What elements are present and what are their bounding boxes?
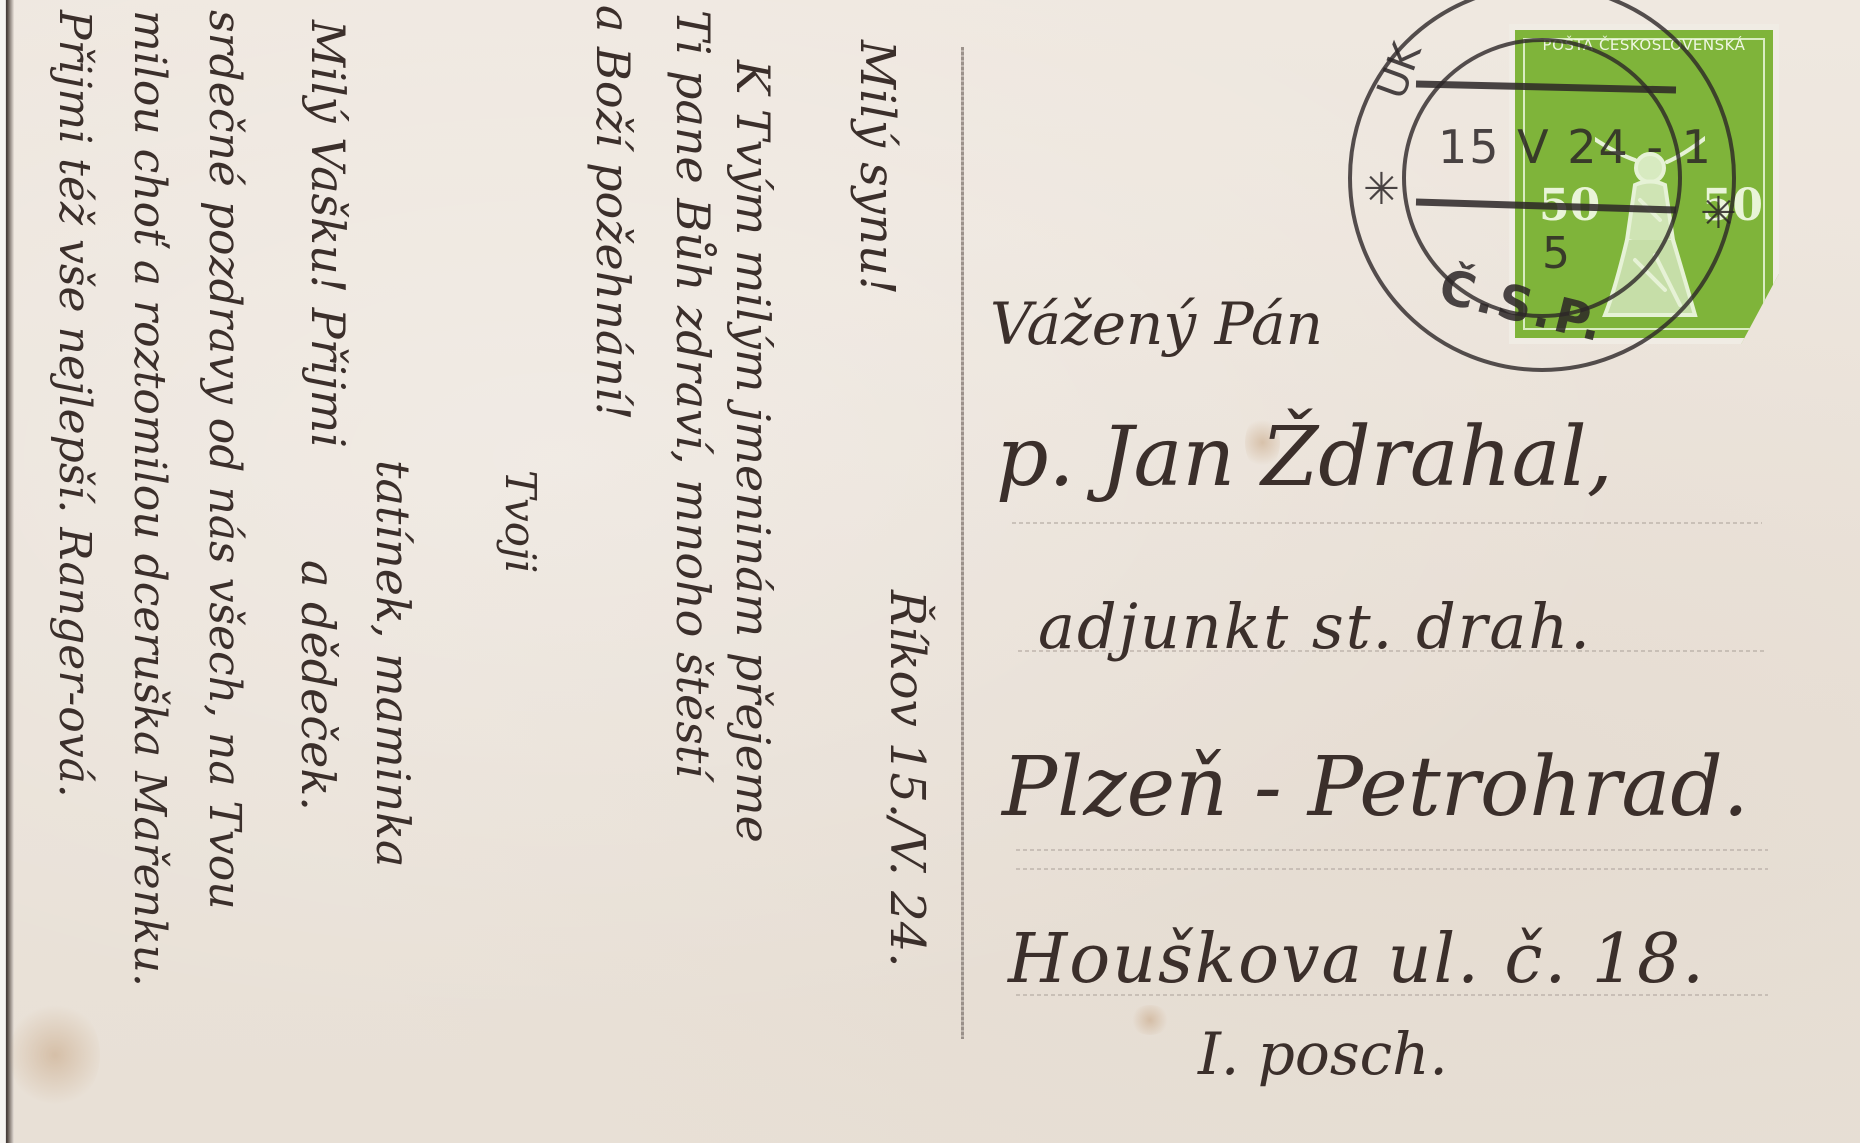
message-line: Ti pane Bůh zdraví, mnoho štěstí xyxy=(666,10,720,778)
message-line: milou choť a roztomilou dceruška Mařenku… xyxy=(124,10,175,987)
address-guide-line xyxy=(1016,868,1768,870)
message-place-date: Říkov 15./V. 24. xyxy=(879,590,935,967)
message-line: a dědeček. xyxy=(291,560,345,811)
postmark-top-text: UK xyxy=(1369,37,1431,105)
address-recipient-title: adjunkt st. drah. xyxy=(1038,590,1592,663)
message-line: Tvoji xyxy=(496,470,545,573)
stamp-value-left: 50 xyxy=(1539,180,1600,231)
address-floor: I. posch. xyxy=(1198,1020,1448,1088)
message-line: tatínek, maminka xyxy=(366,460,420,867)
address-guide-line xyxy=(1012,522,1762,524)
postcard-back: POŠTA ČESKOSLOVENSKÁ 50 50 15 V 24 - 1 5… xyxy=(0,0,1860,1143)
message-line: srdečné pozdravy od nás všech, na Tvou xyxy=(199,10,250,910)
address-street: Houškova ul. č. 18. xyxy=(1008,920,1706,999)
address-salutation: Vážený Pán xyxy=(990,290,1323,358)
stamp-country-text: POŠTA ČESKOSLOVENSKÁ xyxy=(1515,36,1773,54)
postmark-star-icon: ✳ xyxy=(1700,188,1737,239)
message-line: Milý synu! xyxy=(849,40,905,295)
address-guide-line xyxy=(1016,849,1768,851)
message-address-divider xyxy=(961,47,964,1039)
message-line: Přijmi též vše nejlepší. Ranger-ová. xyxy=(49,10,100,798)
card-left-edge xyxy=(0,0,14,1143)
paper-stain xyxy=(1130,1005,1170,1035)
address-city: Plzeň - Petrohrad. xyxy=(1002,740,1749,835)
paper-stain xyxy=(10,1000,100,1110)
message-line: a Boží požehnání! xyxy=(586,5,640,420)
postmark-date: 15 V 24 - 1 xyxy=(1438,120,1713,174)
message-line: Milý Vašku! Přijmi xyxy=(301,20,355,448)
address-recipient-name: p. Jan Ždrahal, xyxy=(996,410,1613,505)
postmark-star-icon: ✳ xyxy=(1363,164,1400,215)
postmark-number: 5 xyxy=(1542,228,1570,279)
message-line: K Tvým milým jmeninám přejeme xyxy=(726,60,780,843)
